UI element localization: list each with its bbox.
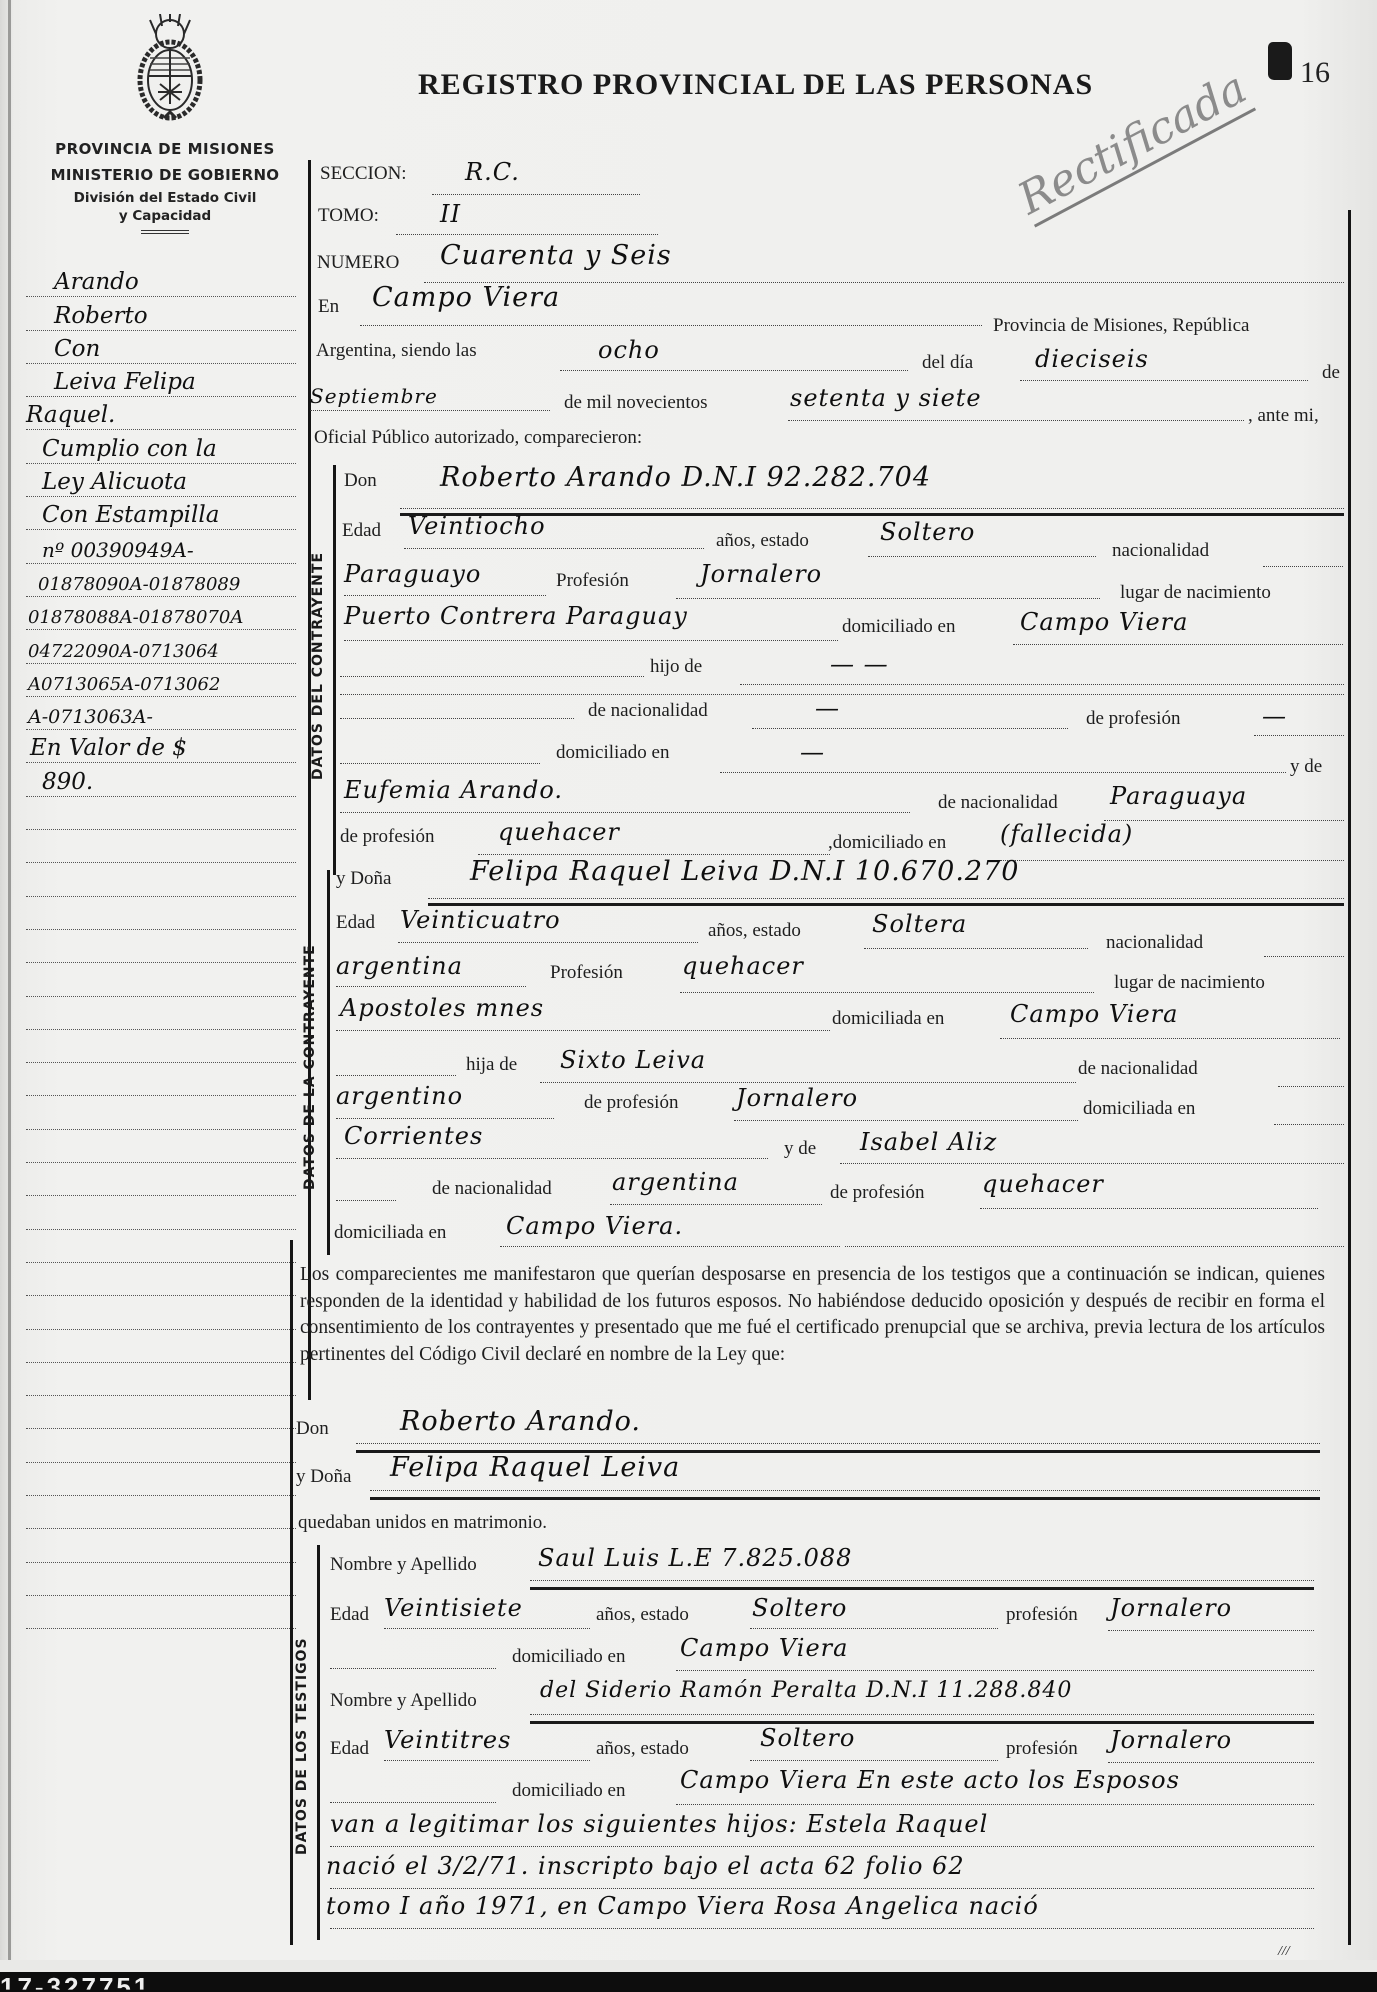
t1-nombre-label: Nombre y Apellido [330,1554,477,1576]
y-de-label: y de [1290,756,1322,778]
decl-dona-line [370,1490,1320,1491]
margin-note-line: Raquel. [26,397,296,430]
decl-don-value: Roberto Arando. [400,1406,641,1437]
margin-note-line [26,1429,296,1462]
edad-label: Edad [342,520,381,542]
padre-domiciliado-label: domiciliado en [556,742,669,764]
dona-label: y Doña [336,868,391,890]
t2-edad-line [384,1760,590,1761]
margin-note-line [26,1596,296,1629]
estado-line [868,556,1096,557]
anio-value: setenta y siete [790,384,982,412]
t1-nombre-line [530,1580,1314,1581]
contrayenta-estado: Soltera [872,910,967,938]
margin-note-line [26,1263,296,1296]
margin-note-line [26,1529,296,1562]
padre-prof-line-2 [734,1120,1078,1121]
madre-nac-label-2: de nacionalidad [432,1178,552,1200]
de-label: de [1322,362,1340,384]
contrayente-padre-nacionalidad: — [815,694,840,722]
lugar-line [344,640,838,641]
margin-note-line: nº 00390949A- [26,530,296,563]
testigos-bracket [317,1545,320,1940]
argentina-text: Argentina, siendo las [316,340,477,362]
padre-dom-pre-line-2 [1274,1124,1344,1125]
margin-note-line [26,863,296,896]
margin-note-line: A-0713063A- [26,697,296,730]
contrayente-domicilio: Campo Viera [1020,608,1188,636]
hija-padre-line [540,1082,1076,1083]
madre-prof-label: de profesión [340,826,434,848]
padre-nac-pre-line [340,718,574,719]
madre-nac-pre-line-2 [336,1200,396,1201]
margin-note-line [26,1563,296,1596]
margin-note-line: 890. [26,763,296,796]
contrayenta-side-label: DATOS DE LA CONTRAYENTE [302,944,318,1190]
contrayenta-madre-profesion: quehacer [982,1170,1104,1198]
t2-estado-line [750,1760,998,1761]
madre-nac-line [1104,820,1344,821]
padre-dom-label-2: domiciliada en [1083,1098,1195,1120]
declaration-paragraph: Los comparecientes me manifestaron que q… [300,1262,1325,1368]
profesion-line [676,598,1100,599]
contrayenta-edad: Veinticuatro [400,906,561,934]
padre-dom-line [720,772,1286,773]
nacionalidad-line [1263,566,1343,567]
margin-note-line [26,1496,296,1529]
t2-dom-pre-line [330,1802,496,1803]
t2-nombre-value: del Siderio Ramón Peralta D.N.I 11.288.8… [540,1678,1072,1703]
dia-line [1020,380,1308,381]
seccion-value: R.C. [465,158,520,186]
padre-line-2 [340,694,1344,695]
contrayente-bracket [333,465,336,875]
t1-profesion-label: profesión [1006,1604,1078,1626]
domiciliada-label: domiciliada en [832,1008,944,1030]
main-left-border [308,160,311,1400]
don-line [400,508,1344,509]
tomo-label: TOMO: [318,205,379,227]
decl-dona-value: Felipa Raquel Leiva [390,1452,680,1483]
t1-estado-label: años, estado [596,1604,689,1626]
en-line [360,325,982,326]
hija-pre-line [336,1075,456,1076]
decl-dona-underline [370,1497,1320,1500]
seccion-line [432,194,640,195]
division-name: División del Estado Civil [30,190,300,206]
dona-line [428,898,1344,899]
t1-nombre-underline [530,1587,1314,1590]
t2-domicilio-value: Campo Viera En este acto los Esposos [680,1766,1180,1794]
hijo-pre-line [340,676,644,677]
contrayente-madre: Eufemia Arando. [344,776,563,804]
margin-note-line: Cumplio con la [26,430,296,463]
contrayente-name: Roberto Arando D.N.I 92.282.704 [440,462,931,493]
margin-note-line [26,1363,296,1396]
seccion-label: SECCION: [320,163,407,185]
padre-dom-line-2 [336,1158,768,1159]
madre-dom-label: ,domiciliado en [828,832,946,854]
margin-note-line [26,797,296,830]
madre-line [340,812,910,813]
contrayente-lugar: Puerto Contrera Paraguay [344,602,688,630]
t2-edad-value: Veintitres [384,1726,511,1754]
t1-domiciliado-label: domiciliado en [512,1646,625,1668]
t2-profesion-label: profesión [1006,1738,1078,1760]
margin-note-line [26,1163,296,1196]
hija-de-label: hija de [466,1054,517,1076]
contrayenta-bracket [327,870,330,1255]
t2-nombre-line [530,1714,1314,1715]
closing-text: quedaban unidos en matrimonio. [298,1512,547,1534]
page-title: REGISTRO PROVINCIAL DE LAS PERSONAS [418,68,1093,102]
continuation-text-2: nació el 3/2/71. inscripto bajo el acta … [326,1852,965,1880]
numero-value: Cuarenta y Seis [440,240,672,271]
estado-line-2 [864,948,1088,949]
de-profesion-label: de profesión [1086,708,1180,730]
margin-notes: Arando Roberto Con Leiva Felipa Raquel. … [26,264,296,1629]
contrayenta-nacionalidad: argentina [336,952,463,980]
ink-blot [1268,42,1292,80]
mil-novecientos-label: de mil novecientos [564,392,708,414]
margin-note-line: Ley Alicuota [26,464,296,497]
ante-mi-text: , ante mi, [1248,405,1319,427]
t2-estado-value: Soltero [760,1724,855,1752]
page-edge [8,0,11,1960]
testigos-side-label: DATOS DE LOS TESTIGOS [294,1637,310,1855]
tomo-value: II [440,200,461,228]
decl-don-line [356,1443,1320,1444]
scan-bottom-strip: 17-327751 [0,1972,1377,1992]
division-name-2: y Capacidad [30,208,300,224]
t1-edad-label: Edad [330,1604,369,1626]
nacionalidad-label-2: nacionalidad [1106,932,1203,954]
domicilio-line [1013,644,1343,645]
edad-line-2 [398,942,698,943]
document-page: PROVINCIA DE MISIONES MINISTERIO DE GOBI… [0,0,1377,1960]
lugar-line-2 [336,1030,830,1031]
t1-nombre-value: Saul Luis L.E 7.825.088 [538,1544,852,1572]
padre-prof-line [1254,735,1344,736]
province-name: PROVINCIA DE MISIONES [30,140,300,158]
cut-off-reference-number: 17-327751 [0,1974,151,1992]
de-nacionalidad-label: de nacionalidad [588,700,708,722]
en-label: En [318,296,339,318]
t1-profesion-line [1108,1630,1314,1631]
contrayente-side-label: DATOS DEL CONTRAYENTE [310,552,326,780]
ministry-name: MINISTERIO DE GOBIERNO [30,166,300,184]
anios-estado-label-2: años, estado [708,920,801,942]
contrayenta-padre: Sixto Leiva [560,1046,706,1074]
padre-nac-line-2 [336,1118,554,1119]
profesion-label: Profesión [556,570,629,592]
folio-number: 16 [1300,56,1330,90]
contrayente-padre-domicilio: — [800,738,825,766]
padre-nac-label-2: de nacionalidad [1078,1058,1198,1080]
t2-dom-line [676,1804,1314,1805]
nacionalidad-label: nacionalidad [1112,540,1209,562]
margin-note-line [26,1196,296,1229]
contrayenta-madre-nacionalidad: argentina [612,1168,739,1196]
continuation-line-1 [330,1846,1314,1847]
contrayenta-madre-domicilio: Campo Viera. [506,1212,683,1240]
margin-note-line [26,1330,296,1363]
continuation-mark: /// [1278,1944,1290,1960]
t2-edad-label: Edad [330,1738,369,1760]
margin-note-line: 01878090A-01878089 [26,564,296,597]
hijo-de-label: hijo de [650,656,702,678]
hora-line [560,370,908,371]
contrayenta-name: Felipa Raquel Leiva D.N.I 10.670.270 [470,856,1019,887]
tomo-line [396,234,658,235]
mes-line [310,410,550,411]
madre-dom-line-2 [500,1246,840,1247]
decl-dona-label: y Doña [296,1466,351,1488]
margin-note-line [26,1063,296,1096]
contrayenta-domicilio: Campo Viera [1010,1000,1178,1028]
en-value: Campo Viera [372,282,560,313]
dia-value: dieciseis [1035,345,1149,373]
madre-nac-line-2 [610,1204,822,1205]
divider [141,230,189,234]
margin-note-line [26,1230,296,1263]
profesion-label-2: Profesión [550,962,623,984]
decl-don-label: Don [296,1418,329,1440]
t2-nombre-label: Nombre y Apellido [330,1690,477,1712]
margin-note-line: En Valor de $ [26,730,296,763]
t1-dom-line [676,1670,1314,1671]
continuation-line-2 [330,1888,1314,1889]
contrayenta-padre-nacionalidad: argentino [336,1082,463,1110]
padre-nac-line [752,728,1068,729]
madre-dom-label-2: domiciliada en [334,1222,446,1244]
padre-line [740,684,1344,685]
t1-domicilio-value: Campo Viera [680,1634,848,1662]
oficial-text: Oficial Público autorizado, compareciero… [314,427,642,449]
contrayenta-profesion: quehacer [682,952,804,980]
madre-nac-label: de nacionalidad [938,792,1058,814]
margin-note-line [26,1396,296,1429]
edad-label-2: Edad [336,912,375,934]
madre-prof-label-2: de profesión [830,1182,924,1204]
t1-estado-value: Soltero [752,1594,847,1622]
edad-line [404,548,704,549]
nacionalidad-line-2 [1264,956,1344,957]
nacionalidad-value-line-2 [336,986,526,987]
t2-estado-label: años, estado [596,1738,689,1760]
numero-line [424,282,1344,283]
hora-value: ocho [598,336,660,364]
madre-dom-line [1000,860,1344,861]
margin-note-line: Con [26,331,296,364]
contrayente-padre: — — [830,650,889,678]
margin-note-line [26,930,296,963]
margin-note-line [26,1030,296,1063]
margin-note-line [26,897,296,930]
padre-nac-pre-line-2 [1278,1086,1344,1087]
t1-dom-pre-line [330,1668,496,1669]
t2-profesion-line [1108,1762,1314,1763]
margin-note-line [26,1296,296,1329]
t1-edad-value: Veintisiete [384,1594,523,1622]
lugar-nacimiento-label-2: lugar de nacimiento [1114,972,1265,994]
numero-label: NUMERO [317,252,399,274]
margin-note-line [26,830,296,863]
margin-note-line [26,1463,296,1496]
contrayenta-padre-domicilio: Corrientes [344,1122,483,1150]
contrayenta-madre: Isabel Aliz [860,1128,997,1156]
contrayente-estado: Soltero [880,518,975,546]
mes-value: Septiembre [310,384,438,408]
contrayente-edad: Veintiocho [408,512,546,540]
madre-prof-line [478,854,830,855]
lugar-nacimiento-label: lugar de nacimiento [1120,582,1271,604]
margin-note-line [26,1130,296,1163]
contrayente-nacionalidad: Paraguayo [344,560,481,588]
domicilio-line-2 [1000,1038,1340,1039]
contrayente-madre-nacionalidad: Paraguaya [1110,782,1247,810]
madre-line-2 [840,1163,1344,1164]
margin-note-line [26,997,296,1030]
t2-nombre-underline [530,1721,1314,1724]
margin-note-line: A0713065A-0713062 [26,664,296,697]
contrayente-madre-profesion: quehacer [498,818,620,846]
madre-dom-line-2b [845,1246,1344,1247]
padre-prof-label-2: de profesión [584,1092,678,1114]
provincia-text: Provincia de Misiones, República [993,315,1249,337]
continuation-text-1: van a legitimar los siguientes hijos: Es… [330,1810,988,1838]
padre-dom-pre-line [340,763,540,764]
margin-note-line: Arando [26,264,296,297]
t1-edad-line [384,1628,590,1629]
nacionalidad-value-line [344,595,546,596]
madre-prof-line-2 [980,1208,1318,1209]
contrayente-profesion: Jornalero [700,560,822,588]
t1-profesion-value: Jornalero [1110,1594,1232,1622]
issuing-authority: PROVINCIA DE MISIONES MINISTERIO DE GOBI… [30,140,300,234]
main-right-border [1348,210,1351,1945]
contrayenta-lugar: Apostoles mnes [340,994,544,1022]
margin-note-line: Con Estampilla [26,497,296,530]
domiciliado-label: domiciliado en [842,616,955,638]
del-dia-label: del día [922,352,973,374]
margin-note-line [26,1096,296,1129]
margin-note-line: Roberto [26,297,296,330]
margin-note-line: 04722090A-0713064 [26,630,296,663]
main-left-border-lower [290,1240,293,1945]
continuation-line-3 [330,1928,1314,1929]
anios-estado-label: años, estado [716,530,809,552]
profesion-line-2 [680,992,1094,993]
t1-estado-line [750,1628,998,1629]
contrayente-padre-profesion: — [1262,702,1287,730]
margin-note-line: Leiva Felipa [26,364,296,397]
margin-note-line: 01878088A-01878070A [26,597,296,630]
don-label: Don [344,470,377,492]
y-de-label-2: y de [784,1138,816,1160]
t2-domiciliado-label: domiciliado en [512,1780,625,1802]
margin-note-line [26,963,296,996]
contrayente-madre-domicilio: (fallecida) [1000,820,1133,848]
dona-underline [428,903,1344,906]
t2-profesion-value: Jornalero [1110,1726,1232,1754]
argentina-coat-of-arms-icon [130,14,210,126]
continuation-text-3: tomo I año 1971, en Campo Viera Rosa Ang… [326,1892,1039,1920]
anio-line [788,420,1244,421]
contrayenta-padre-profesion: Jornalero [736,1084,858,1112]
